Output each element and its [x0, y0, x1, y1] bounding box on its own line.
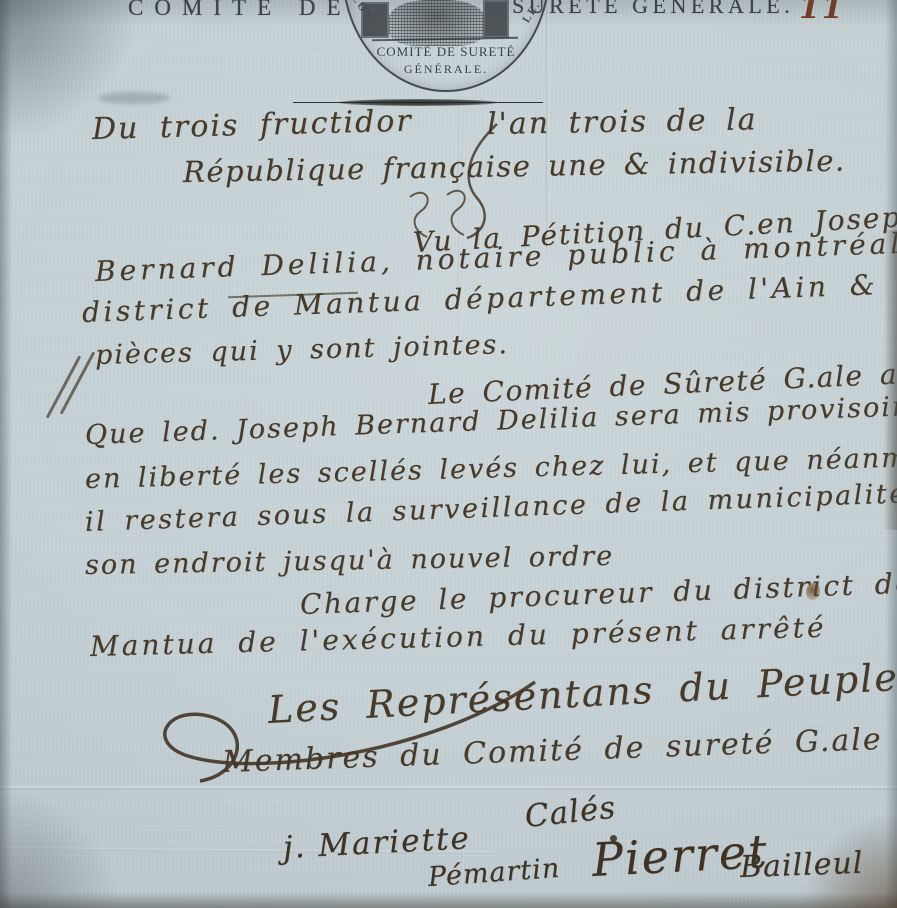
manuscript-line: Mantua de l'exécution du présent arrêté [90, 611, 827, 663]
manuscript-line: Les Représentans du Peuple [267, 655, 897, 732]
manuscript-line: Du trois fructidor [92, 104, 414, 147]
manuscript-line: pièces qui y sont jointes. [95, 329, 510, 371]
ink-blot [610, 835, 617, 842]
paper-crease [0, 786, 897, 790]
ink-smudge [98, 92, 170, 104]
letterhead-left: COMITÉ DE [128, 0, 352, 21]
document-page: COMITÉ DE SURETÉ GÉNÉRALE. 11 COMITÉ DE … [0, 0, 897, 908]
manuscript-line: son endroit jusqu'à nouvel ordre [85, 541, 615, 581]
seal-caption: COMITÉ DE SURETÉ [344, 44, 548, 60]
signature: Bailleul [739, 846, 864, 885]
seal-engraving-pedestal [483, 0, 509, 38]
seal-caption: GÉNÉRALE. [344, 62, 548, 77]
letterhead-right: SURETÉ GÉNÉRALE. [512, 0, 794, 19]
signature: Pémartin [427, 853, 561, 893]
signature: Calés [523, 790, 618, 835]
manuscript-line: l'an trois de la [487, 102, 758, 142]
signature: j. Mariette [282, 820, 472, 866]
edge-stain [883, 230, 897, 530]
manuscript-line: Membres du Comité de sureté G.ale [221, 722, 883, 780]
folio-number: 11 [799, 0, 845, 26]
manuscript-line: République française une & indivisible. [183, 143, 846, 189]
